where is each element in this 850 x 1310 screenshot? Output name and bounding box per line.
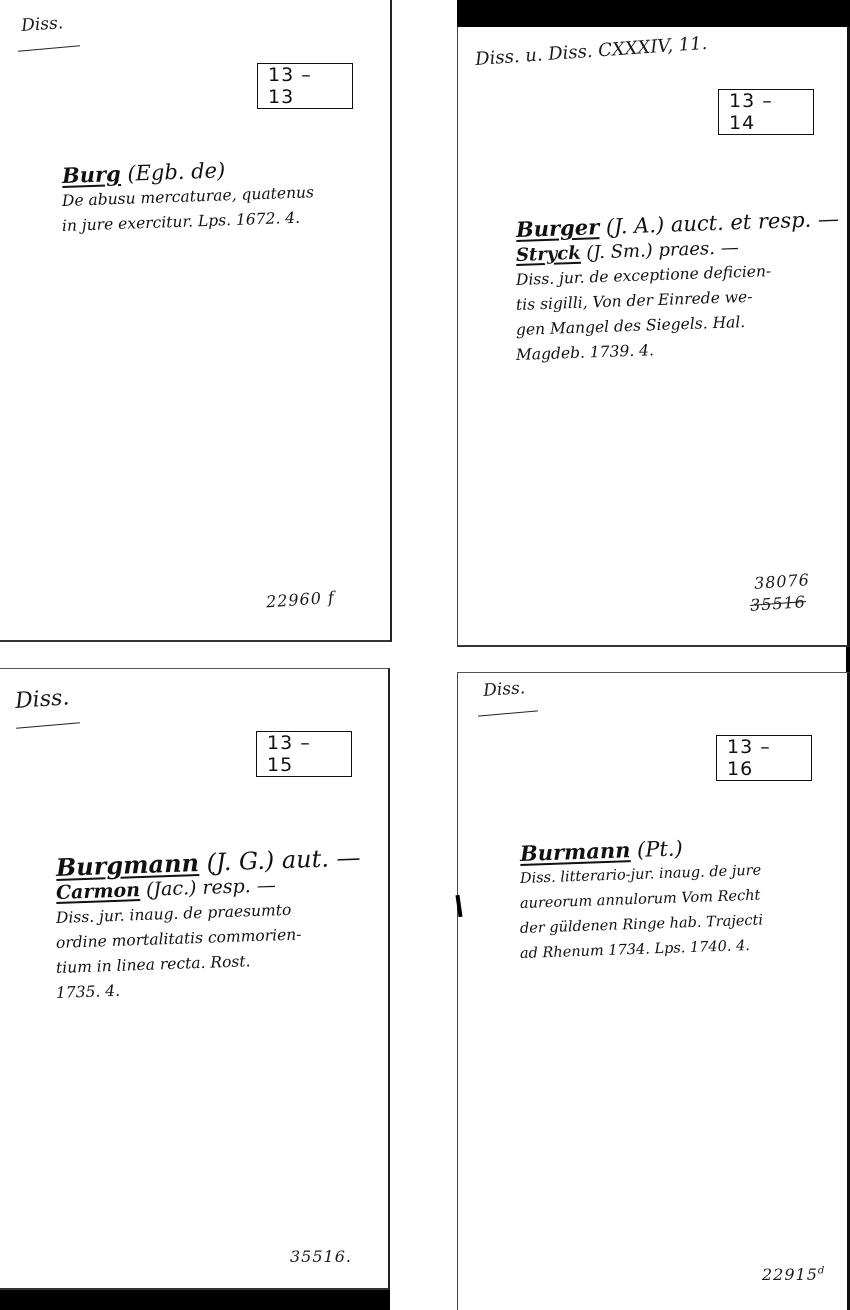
accession-number: 22960 f <box>265 588 335 612</box>
accession-suffix: d <box>818 1266 825 1277</box>
scan-border-top-right <box>457 0 850 27</box>
shelfmark: Diss. <box>483 678 526 701</box>
shelfmark-underline <box>478 710 538 716</box>
author-name: Burg <box>62 161 122 188</box>
shelfmark: Diss. <box>14 685 70 714</box>
shelfmark: Diss. <box>21 13 64 36</box>
praeses-role: (J. Sm.) praes. — <box>580 237 739 264</box>
call-number-box: 13 – 13 <box>257 63 353 109</box>
catalog-card-13-16: Diss. 13 – 16 Burmann (Pt.) Diss. litter… <box>457 672 850 1310</box>
respondent-role: (Jac.) resp. — <box>140 874 277 901</box>
praeses-name: Stryck <box>516 243 581 266</box>
author-initials: (Egb. de) <box>120 158 225 186</box>
catalog-card-13-15: Diss. 13 – 15 Burgmann (J. G.) aut. — Ca… <box>0 668 390 1290</box>
call-number-box: 13 – 16 <box>716 735 812 781</box>
call-number-box: 13 – 15 <box>256 731 352 777</box>
call-number-box: 13 – 14 <box>718 89 814 135</box>
accession-number-struck: 35516 <box>749 592 806 615</box>
accession-digits: 22915 <box>762 1265 818 1284</box>
catalog-card-13-14: Diss. u. Diss. CXXXIV, 11. 13 – 14 Burge… <box>457 27 850 647</box>
author-name: Burmann <box>520 837 631 866</box>
respondent-name: Carmon <box>56 879 141 904</box>
shelfmark-underline <box>18 45 80 51</box>
author-initials: (Pt.) <box>630 836 683 862</box>
catalog-entry: Burg (Egb. de) De abusu mercaturae, quat… <box>62 163 314 239</box>
accession-number: 22915d <box>762 1265 825 1284</box>
scan-border-bottom-left <box>0 1288 390 1310</box>
catalog-entry: Burgmann (J. G.) aut. — Carmon (Jac.) re… <box>56 855 361 1006</box>
catalog-entry: Burmann (Pt.) Diss. litterario-jur. inau… <box>520 841 763 967</box>
accession-number: 38076 <box>753 570 810 593</box>
accession-number: 35516. <box>290 1247 352 1266</box>
author-name: Burger <box>516 214 600 242</box>
shelfmark-underline <box>16 722 80 729</box>
catalog-entry: Burger (J. A.) auct. et resp. — Stryck (… <box>516 217 839 368</box>
shelfmark: Diss. u. Diss. CXXXIV, 11. <box>475 33 708 70</box>
catalog-card-13-13: Diss. 13 – 13 Burg (Egb. de) De abusu me… <box>0 0 392 642</box>
